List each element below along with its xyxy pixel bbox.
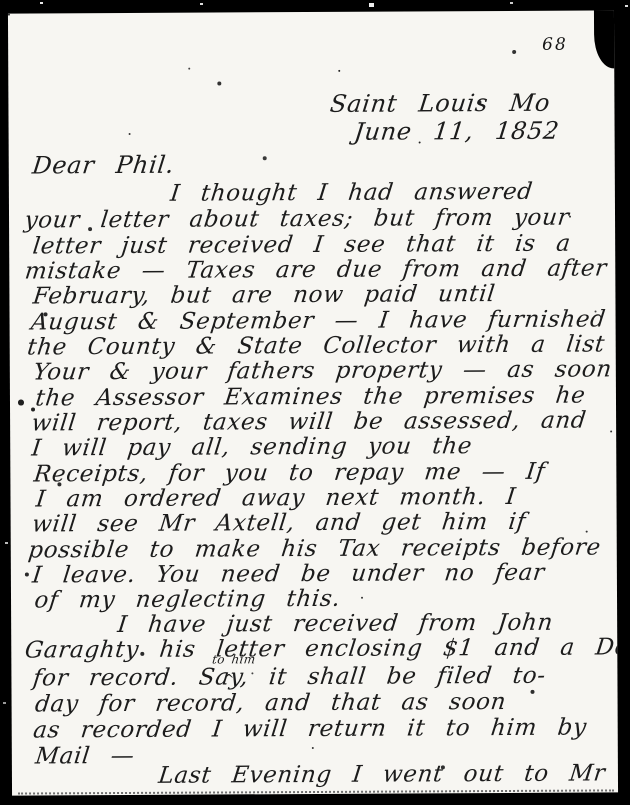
handwritten-line: Garaghty his letter enclosing $1 and a D…: [23, 634, 618, 663]
handwritten-line: Your & your fathers property — as soon a…: [32, 356, 618, 385]
place-line: Saint Louis Mo: [329, 89, 552, 118]
handwritten-line: I have just received from John: [116, 610, 554, 638]
handwritten-line: February, but are now paid until: [32, 281, 497, 309]
letter-scan-frame: 68 Saint Louis Mo June 11, 1852 Dear Phi…: [0, 0, 630, 805]
handwritten-line: Receipts, for you to repay me — If: [32, 459, 546, 488]
handwritten-line: Last Evening I went out to Mr: [157, 760, 607, 788]
page-bottom-edge: [18, 789, 614, 794]
clipped-corner: [594, 10, 618, 68]
handwritten-line: will report, taxes will be assessed, and: [30, 408, 588, 437]
handwritten-line: as recorded I will return it to him by: [32, 715, 589, 744]
handwritten-line: I thought I had answered: [169, 179, 534, 207]
scan-speckles: [8, 14, 10, 16]
handwritten-line: I am ordered away next month. I: [35, 484, 518, 513]
handwritten-line: for record. Say, it shall be filed to-: [32, 663, 548, 692]
handwritten-line: I will pay all, sending you the: [30, 433, 473, 461]
handwritten-line: day for record, and that as soon: [34, 689, 508, 717]
handwritten-line: of my neglecting this.: [33, 586, 342, 614]
letter-page: 68 Saint Louis Mo June 11, 1852 Dear Phi…: [8, 10, 618, 795]
scan-noise: [40, 2, 43, 4]
date-line: June 11, 1852: [353, 117, 561, 146]
page-number: 68: [542, 35, 568, 55]
handwritten-line: will see Mr Axtell, and get him if: [31, 509, 528, 538]
handwritten-line: your letter about taxes; but from your: [23, 205, 571, 234]
handwritten-line: I leave. You need be under no fear: [31, 560, 546, 589]
handwritten-line: Mail —: [34, 743, 136, 770]
salutation: Dear Phil.: [31, 151, 176, 180]
handwritten-line: mistake — Taxes are due from and after: [23, 255, 608, 284]
